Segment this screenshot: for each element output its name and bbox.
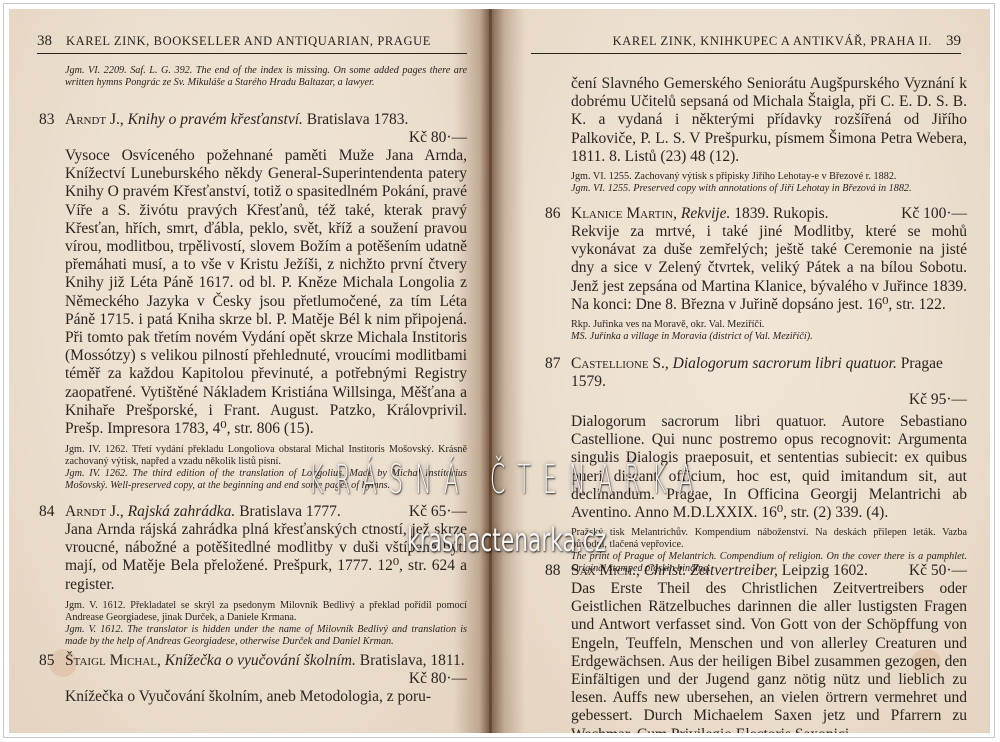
entry-note-cs: Jgm. IV. 1262. Třetí vydání překladu Lon… xyxy=(65,444,467,468)
entry-84: 84 Arndt J., Rajská zahrádka. Bratislava… xyxy=(65,503,467,648)
entry-author: Štaigl Michal, xyxy=(65,652,161,669)
entry-heading: 85 Štaigl Michal, Knížečka o vyučování š… xyxy=(65,652,467,670)
entry-imprint: Bratislava 1783. xyxy=(307,111,409,128)
entry-note-en: Jgm. V. 1612. The translator is hidden u… xyxy=(65,624,467,648)
entry-description: Dialogorum sacrorum libri quatuor. Autor… xyxy=(571,413,967,522)
entry-number: 88 xyxy=(545,562,561,580)
entry-author: Castellione S., xyxy=(571,355,669,372)
entry-price: Kč 95·— xyxy=(571,391,967,409)
entry-88: 88 Sax Mich., Christ. Zeitvertreiber, Le… xyxy=(571,562,967,733)
entry-note-en: Jgm. IV. 1262. The third edition of the … xyxy=(65,468,467,492)
entry-title: Christ. Zeitvertreiber, xyxy=(644,562,778,579)
entry-imprint: 1839. Rukopis. xyxy=(734,205,828,222)
entry-price: Kč 80·— xyxy=(65,129,467,147)
book-spread: 38 KAREL ZINK, BOOKSELLER AND ANTIQUARIA… xyxy=(9,9,990,733)
running-head-left: 38 KAREL ZINK, BOOKSELLER AND ANTIQUARIA… xyxy=(37,33,467,54)
running-head-title: KAREL ZINK, BOOKSELLER AND ANTIQUARIAN, … xyxy=(66,34,431,49)
entry-price: Kč 65·— xyxy=(409,503,467,521)
page-number: 38 xyxy=(37,33,52,50)
entry-83: 83 Arndt J., Knihy o pravém křesťanství.… xyxy=(65,111,467,492)
entry-imprint: Bratislava, 1811. xyxy=(360,652,465,669)
entry-imprint: Leipzig 1602. xyxy=(782,562,868,579)
entry-heading: 87 Castellione S., Dialogorum sacrorum l… xyxy=(571,355,967,391)
entry-description: Knížečka o Vyučování školním, aneb Metod… xyxy=(65,688,467,706)
entry-number: 87 xyxy=(545,355,561,373)
entry-title: Dialogorum sacrorum libri quatuor. xyxy=(673,355,897,372)
entry-85: 85 Štaigl Michal, Knížečka o vyučování š… xyxy=(65,652,467,706)
entry-description: Jana Arnda rájská zahrádka plná křesťans… xyxy=(65,521,467,594)
entry-title: Rajská zahrádka. xyxy=(128,503,236,520)
entry-87: 87 Castellione S., Dialogorum sacrorum l… xyxy=(571,355,967,575)
continuation-text: čení Slavného Gemerského Seniorátu Augšp… xyxy=(571,75,967,166)
gutter-shadow xyxy=(491,9,525,733)
entry-86: 86 Klanice Martin, Rekvije. 1839. Rukopi… xyxy=(571,205,967,343)
entry-number: 84 xyxy=(39,503,55,521)
entry-imprint: Bratislava 1777. xyxy=(239,503,341,520)
entry-number: 83 xyxy=(39,111,55,129)
entry-note-cs: Jgm. V. 1612. Překladatel se skrýl za ps… xyxy=(65,600,467,624)
running-head-title: KAREL ZINK, KNIHKUPEC A ANTIKVÁŘ, PRAHA … xyxy=(613,34,932,49)
continuation-note-en: Jgm. VI. 1255. Preserved copy with annot… xyxy=(571,183,967,195)
entry-title: Knížečka o vyučování školním. xyxy=(165,652,356,669)
top-note: Jgm. VI. 2209. Saf. L. G. 392. The end o… xyxy=(65,65,467,89)
entry-price: Kč 100·— xyxy=(901,205,967,223)
continuation-85: čení Slavného Gemerského Seniorátu Augšp… xyxy=(571,75,967,195)
entry-note-en: MS. Juřinka a village in Moravia (distri… xyxy=(571,331,967,343)
entry-price: Kč 80·— xyxy=(65,670,467,688)
entry-title: Knihy o pravém křesťanství. xyxy=(128,111,303,128)
left-page: 38 KAREL ZINK, BOOKSELLER AND ANTIQUARIA… xyxy=(9,9,491,733)
continuation-note-cs: Jgm. VI. 1255. Zachovaný výtisk s připis… xyxy=(571,171,967,183)
entry-description: Vysoce Osvíceného požehnané paměti Muže … xyxy=(65,147,467,438)
entry-author: Arndt J., xyxy=(65,111,124,128)
entry-description: Das Erste Theil des Christlichen Zeitver… xyxy=(571,580,967,733)
entry-description: Rekvije za mrtvé, i také jiné Modlitby, … xyxy=(571,223,967,314)
book-gutter xyxy=(489,9,492,733)
entry-heading: 83 Arndt J., Knihy o pravém křesťanství.… xyxy=(65,111,467,129)
entry-heading: 86 Klanice Martin, Rekvije. 1839. Rukopi… xyxy=(571,205,967,223)
entry-note-cs: Rkp. Juřinka ves na Moravě, okr. Val. Me… xyxy=(571,319,967,331)
entry-author: Klanice Martin, xyxy=(571,205,677,222)
page-number: 39 xyxy=(946,33,961,50)
entry-note-cs: Pražský tisk Melantrichův. Kompendium ná… xyxy=(571,527,967,551)
entry-author: Sax Mich., xyxy=(571,562,640,579)
entry-price: Kč 50·— xyxy=(909,562,967,580)
entry-title: Rekvije. xyxy=(681,205,730,222)
right-page: KAREL ZINK, KNIHKUPEC A ANTIKVÁŘ, PRAHA … xyxy=(491,9,990,733)
entry-author: Arndt J., xyxy=(65,503,124,520)
entry-number: 86 xyxy=(545,205,561,223)
entry-number: 85 xyxy=(39,652,55,670)
running-head-right: KAREL ZINK, KNIHKUPEC A ANTIKVÁŘ, PRAHA … xyxy=(531,33,961,54)
entry-heading: 84 Arndt J., Rajská zahrádka. Bratislava… xyxy=(65,503,467,521)
entry-heading: 88 Sax Mich., Christ. Zeitvertreiber, Le… xyxy=(571,562,967,580)
